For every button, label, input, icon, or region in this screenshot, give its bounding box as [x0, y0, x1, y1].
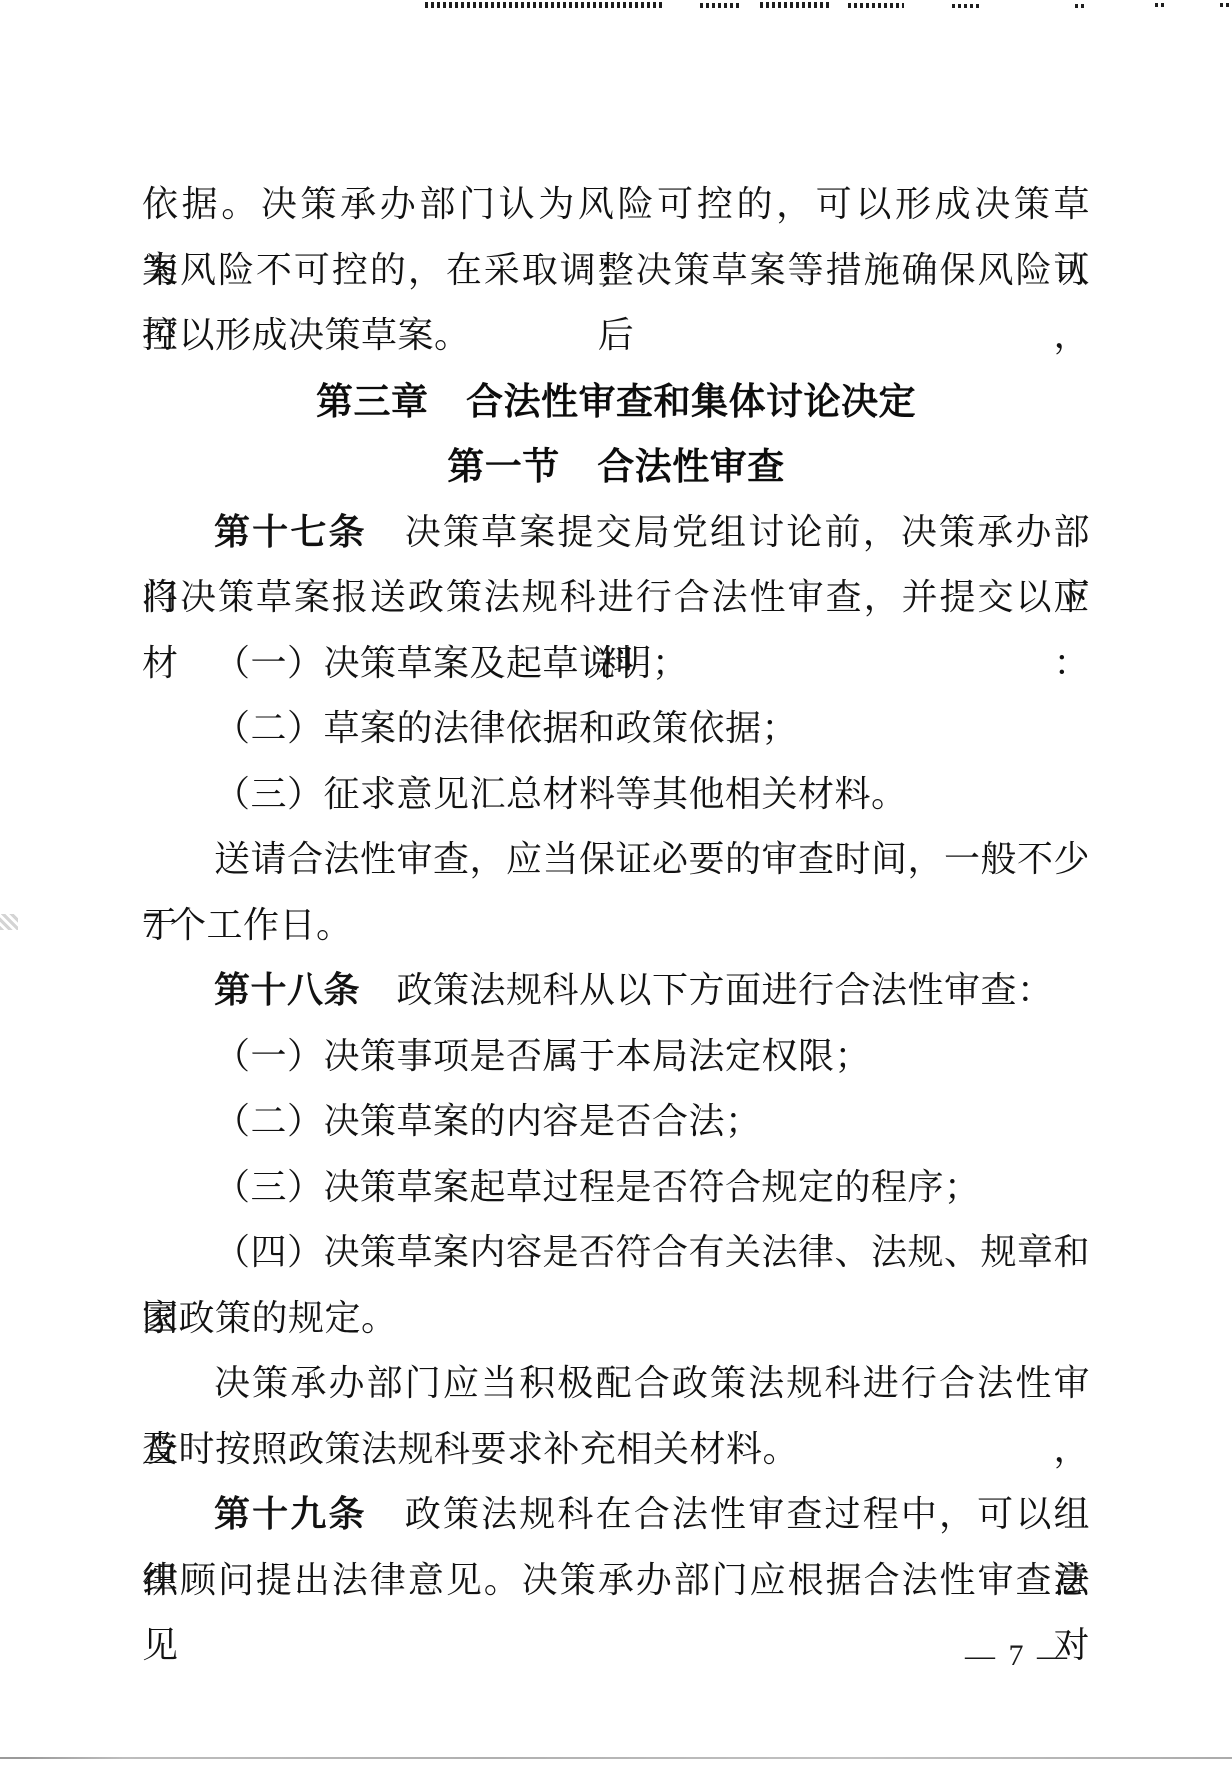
list-item-line: （四）决策草案内容是否符合有关法律、法规、规章和国 [142, 1220, 1090, 1286]
body-line: 律顾问提出法律意见。决策承办部门应根据合法性审查意见对 [142, 1548, 1090, 1614]
scan-artifact-top-strip [0, 0, 1232, 12]
section-heading: 第一节 合法性审查 [142, 434, 1090, 500]
article-number: 第十九条 [214, 1494, 367, 1534]
list-item-line: （三）决策草案起草过程是否符合规定的程序； [142, 1155, 1090, 1221]
scan-artifact [1075, 4, 1085, 8]
list-item-line: （二）决策草案的内容是否合法； [142, 1089, 1090, 1155]
list-item-line: （三）征求意见汇总材料等其他相关材料。 [142, 762, 1090, 828]
document-text: 依据。决策承办部门认为风险可控的，可以形成决策草案；认 为风险不可控的，在采取调… [0, 172, 1232, 1613]
list-item-line: （一）决策事项是否属于本局法定权限； [142, 1024, 1090, 1090]
body-line: 送请合法性审查，应当保证必要的审查时间，一般不少于 [142, 827, 1090, 893]
article-number: 第十七条 [214, 512, 367, 552]
body-line: 为风险不可控的，在采取调整决策草案等措施确保风险可控后， [142, 238, 1090, 304]
body-line: 决策承办部门应当积极配合政策法规科进行合法性审查， [142, 1351, 1090, 1417]
scan-artifact [760, 2, 832, 8]
scan-artifact-bottom-line [0, 1757, 1232, 1759]
scan-artifact [1220, 3, 1230, 7]
article-18-line: 第十八条 政策法规科从以下方面进行合法性审查： [142, 958, 1090, 1024]
body-line: 7 个工作日。 [142, 893, 1090, 959]
list-item-line: （二）草案的法律依据和政策依据； [142, 696, 1090, 762]
scan-artifact [425, 2, 665, 8]
scan-artifact [952, 4, 980, 8]
article-19-line: 第十九条 政策法规科在合法性审查过程中，可以组织法 [142, 1482, 1090, 1548]
scan-artifact [700, 3, 742, 8]
scan-artifact [848, 3, 904, 8]
body-line: 依据。决策承办部门认为风险可控的，可以形成决策草案；认 [142, 172, 1090, 238]
scan-artifact [1155, 3, 1167, 7]
body-line: 将决策草案报送政策法规科进行合法性审查，并提交以下材料： [142, 565, 1090, 631]
body-line: 家政策的规定。 [142, 1286, 1090, 1352]
article-text: 政策法规科从以下方面进行合法性审查： [360, 970, 1054, 1010]
chapter-heading: 第三章 合法性审查和集体讨论决定 [142, 369, 1090, 435]
document-page: { "document": { "lines": [ { "style": "b… [0, 0, 1232, 1767]
page-number: — 7 — [965, 1638, 1070, 1674]
article-number: 第十八条 [214, 970, 360, 1010]
article-17-line: 第十七条 决策草案提交局党组讨论前，决策承办部门应 [142, 500, 1090, 566]
